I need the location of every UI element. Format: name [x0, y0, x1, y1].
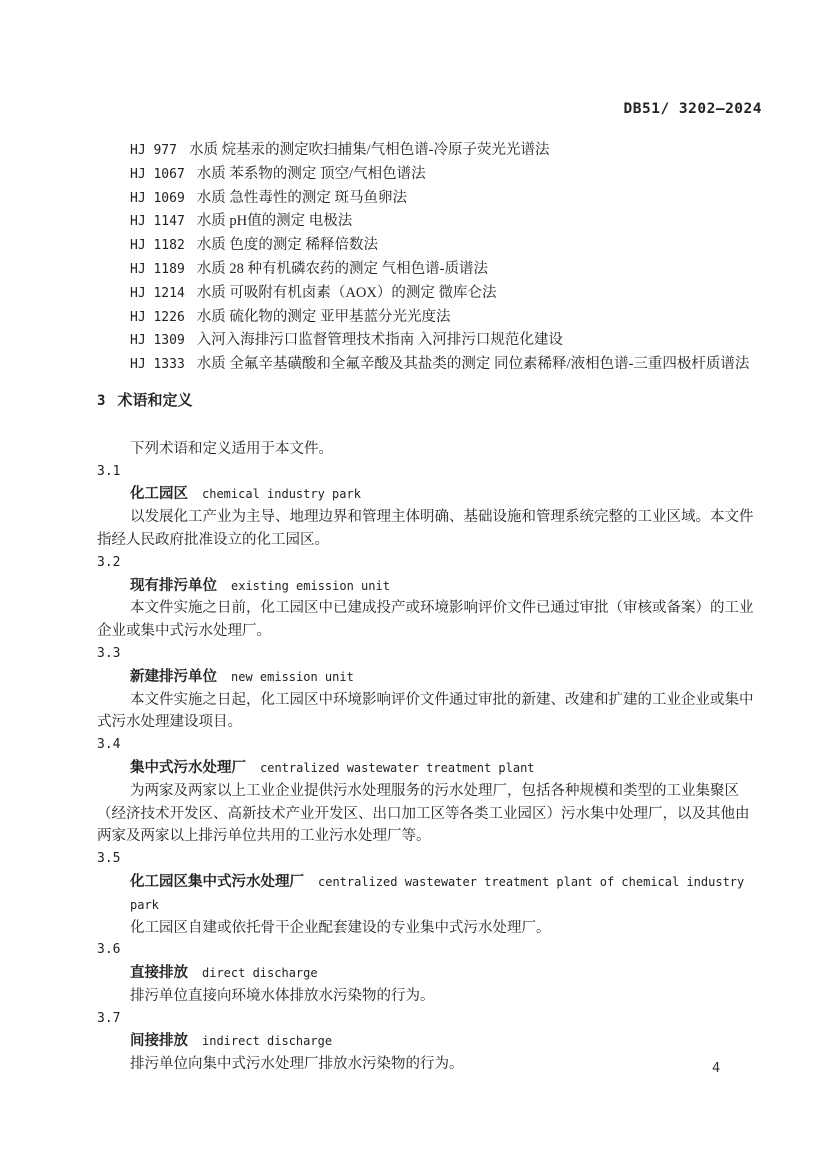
term-name-en: centralized wastewater treatment plant — [260, 761, 535, 775]
term-name-zh: 现有排污单位 — [130, 578, 217, 594]
term-number: 3.4 — [97, 734, 762, 757]
normative-references-list: HJ 977水质 烷基汞的测定吹扫捕集/气相色谱-冷原子荧光光谱法 HJ 106… — [97, 139, 762, 377]
section-heading: 3术语和定义 — [97, 390, 762, 413]
reference-title: 水质 28 种有机磷农药的测定 气相色谱-质谱法 — [197, 261, 488, 277]
reference-code: HJ 977 — [130, 143, 177, 158]
term-number: 3.6 — [97, 939, 762, 962]
reference-item: HJ 1067水质 苯系物的测定 顶空/气相色谱法 — [97, 163, 762, 187]
term-entry: 3.4 集中式污水处理厂centralized wastewater treat… — [97, 734, 762, 848]
term-entry: 3.2 现有排污单位existing emission unit 本文件实施之日… — [97, 552, 762, 643]
reference-item: HJ 1333水质 全氟辛基磺酸和全氟辛酸及其盐类的测定 同位素稀释/液相色谱-… — [97, 353, 762, 377]
reference-item: HJ 1069水质 急性毒性的测定 斑马鱼卵法 — [97, 187, 762, 211]
reference-code: HJ 1147 — [130, 214, 185, 229]
term-definition: 本文件实施之日起，化工园区中环境影响评价文件通过审批的新建、改建和扩建的工业企业… — [97, 689, 762, 735]
term-definition: 以发展化工产业为主导、地理边界和管理主体明确、基础设施和管理系统完整的工业区域。… — [97, 506, 762, 552]
term-definition: 排污单位直接向环境水体排放水污染物的行为。 — [97, 985, 762, 1008]
document-page: DB51/ 3202—2024 HJ 977水质 烷基汞的测定吹扫捕集/气相色谱… — [0, 0, 826, 1169]
term-heading: 间接排放indirect discharge — [97, 1030, 762, 1053]
reference-code: HJ 1333 — [130, 357, 185, 372]
section-intro: 下列术语和定义适用于本文件。 — [97, 438, 762, 461]
term-name-zh: 化工园区 — [130, 486, 188, 502]
term-name-zh: 化工园区集中式污水处理厂 — [130, 874, 304, 890]
reference-title: 水质 苯系物的测定 顶空/气相色谱法 — [197, 166, 426, 182]
term-entry: 3.6 直接排放direct discharge 排污单位直接向环境水体排放水污… — [97, 939, 762, 1007]
term-entry: 3.5 化工园区集中式污水处理厂centralized wastewater t… — [97, 848, 762, 939]
reference-code: HJ 1226 — [130, 310, 185, 325]
section-number: 3 — [97, 393, 105, 409]
term-heading: 集中式污水处理厂centralized wastewater treatment… — [97, 757, 762, 780]
term-name-en: existing emission unit — [231, 579, 390, 593]
reference-item: HJ 1226水质 硫化物的测定 亚甲基蓝分光光度法 — [97, 306, 762, 330]
reference-title: 水质 急性毒性的测定 斑马鱼卵法 — [197, 190, 407, 206]
term-name-en: new emission unit — [231, 670, 354, 684]
page-number: 4 — [712, 1057, 720, 1080]
term-definition: 为两家及两家以上工业企业提供污水处理服务的污水处理厂，包括各种规模和类型的工业集… — [97, 780, 762, 848]
reference-item: HJ 1147水质 pH值的测定 电极法 — [97, 210, 762, 234]
reference-title: 水质 色度的测定 稀释倍数法 — [197, 237, 378, 253]
term-heading: 化工园区集中式污水处理厂centralized wastewater treat… — [97, 871, 762, 917]
term-number: 3.3 — [97, 643, 762, 666]
term-name-en: chemical industry park — [202, 487, 361, 501]
term-number: 3.1 — [97, 461, 762, 484]
term-entry: 3.3 新建排污单位new emission unit 本文件实施之日起，化工园… — [97, 643, 762, 734]
term-definition: 排污单位向集中式污水处理厂排放水污染物的行为。 — [97, 1053, 762, 1076]
reference-title: 水质 硫化物的测定 亚甲基蓝分光光度法 — [197, 309, 451, 325]
terms-list: 3.1 化工园区chemical industry park 以发展化工产业为主… — [97, 461, 762, 1077]
term-name-zh: 间接排放 — [130, 1033, 188, 1049]
reference-title: 水质 全氟辛基磺酸和全氟辛酸及其盐类的测定 同位素稀释/液相色谱-三重四极杆质谱… — [197, 356, 750, 372]
term-number: 3.5 — [97, 848, 762, 871]
reference-item: HJ 1189水质 28 种有机磷农药的测定 气相色谱-质谱法 — [97, 258, 762, 282]
term-heading: 直接排放direct discharge — [97, 962, 762, 985]
term-heading: 现有排污单位existing emission unit — [97, 575, 762, 598]
reference-code: HJ 1309 — [130, 333, 185, 348]
reference-code: HJ 1214 — [130, 286, 185, 301]
reference-title: 水质 可吸附有机卤素（AOX）的测定 微库仑法 — [197, 285, 497, 301]
term-name-zh: 直接排放 — [130, 965, 188, 981]
reference-item: HJ 1182水质 色度的测定 稀释倍数法 — [97, 234, 762, 258]
page-header: DB51/ 3202—2024 — [97, 101, 762, 118]
term-name-en: indirect discharge — [202, 1034, 332, 1048]
reference-title: 水质 烷基汞的测定吹扫捕集/气相色谱-冷原子荧光光谱法 — [189, 142, 549, 158]
reference-title: 水质 pH值的测定 电极法 — [197, 213, 352, 229]
reference-title: 入河入海排污口监督管理技术指南 入河排污口规范化建设 — [197, 332, 563, 348]
reference-item: HJ 977水质 烷基汞的测定吹扫捕集/气相色谱-冷原子荧光光谱法 — [97, 139, 762, 163]
term-number: 3.2 — [97, 552, 762, 575]
term-heading: 新建排污单位new emission unit — [97, 666, 762, 689]
term-heading: 化工园区chemical industry park — [97, 483, 762, 506]
reference-code: HJ 1189 — [130, 262, 185, 277]
term-entry: 3.7 间接排放indirect discharge 排污单位向集中式污水处理厂… — [97, 1008, 762, 1076]
term-name-zh: 新建排污单位 — [130, 669, 217, 685]
section-title: 术语和定义 — [117, 392, 192, 409]
term-definition: 化工园区自建或依托骨干企业配套建设的专业集中式污水处理厂。 — [97, 917, 762, 940]
term-entry: 3.1 化工园区chemical industry park 以发展化工产业为主… — [97, 461, 762, 552]
term-name-en: direct discharge — [202, 966, 318, 980]
term-name-zh: 集中式污水处理厂 — [130, 760, 246, 776]
standard-number: DB51/ 3202—2024 — [624, 101, 762, 117]
term-definition: 本文件实施之日前，化工园区中已建成投产或环境影响评价文件已通过审批（审核或备案）… — [97, 597, 762, 643]
reference-code: HJ 1069 — [130, 191, 185, 206]
reference-code: HJ 1067 — [130, 167, 185, 182]
reference-item: HJ 1309入河入海排污口监督管理技术指南 入河排污口规范化建设 — [97, 329, 762, 353]
reference-code: HJ 1182 — [130, 238, 185, 253]
term-number: 3.7 — [97, 1008, 762, 1031]
reference-item: HJ 1214水质 可吸附有机卤素（AOX）的测定 微库仑法 — [97, 282, 762, 306]
